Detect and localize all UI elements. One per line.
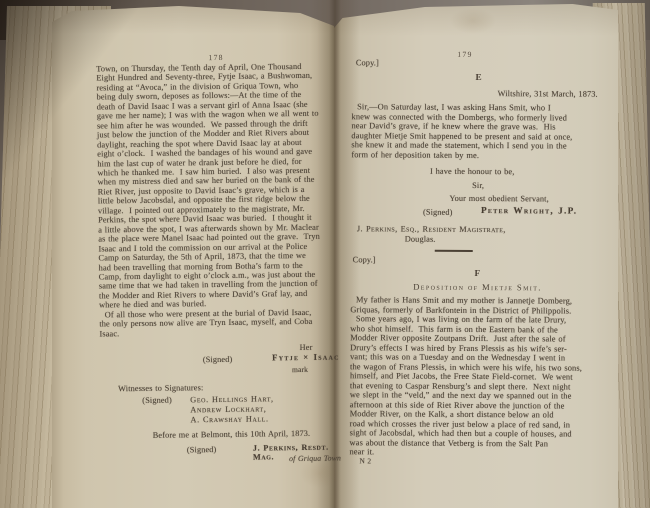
addressee-line2: Douglas. bbox=[405, 235, 436, 245]
deposition-body: My father is Hans Smit and my mother is … bbox=[349, 295, 600, 458]
section-letter-e: E bbox=[350, 71, 608, 83]
attestation-line: Before me at Belmont, this 10th April, 1… bbox=[153, 429, 311, 440]
closing-honour: I have the honour to be, bbox=[343, 166, 601, 177]
attestation-signed-label: (Signed) bbox=[187, 445, 217, 455]
section-letter-f: F bbox=[349, 267, 607, 279]
left-page-body: Town, on Thursday, the Tenth day of Apri… bbox=[96, 62, 339, 339]
witnesses-heading: Witnesses to Signatures: bbox=[118, 383, 203, 393]
right-page-text: 179 Copy.] E Wiltshire, 31st March, 1873… bbox=[347, 45, 608, 487]
copy-label-f: Copy.] bbox=[353, 255, 376, 265]
closing-name: Peter Wright, J.P. bbox=[481, 206, 577, 216]
letter-body: Sir,—On Saturday last, I was asking Hans… bbox=[351, 102, 599, 161]
deposition-heading: Deposition of Mietje Smit. bbox=[348, 281, 606, 293]
signature-mark-label: mark bbox=[292, 365, 308, 375]
signature-name: Fytje × Isaac bbox=[252, 353, 340, 364]
copy-label-e: Copy.] bbox=[356, 58, 379, 68]
signature-signed-label: (Signed) bbox=[203, 355, 233, 365]
catchword-signature-mark: N 2 bbox=[359, 456, 371, 466]
closing-servant: Your most obedient Servant, bbox=[349, 193, 607, 204]
book-photograph: 178 Town, on Thursday, the Tenth day of … bbox=[0, 0, 650, 508]
section-divider-rule bbox=[435, 250, 473, 252]
closing-signed-label: (Signed) bbox=[423, 208, 453, 218]
witnesses-signed-label: (Signed) bbox=[142, 396, 172, 406]
left-page-text: 178 Town, on Thursday, the Tenth day of … bbox=[96, 49, 341, 482]
addressee-line1: J. Perkins, Esq., Resident Magistrate, bbox=[357, 224, 506, 234]
witnesses-names: Geo. Hellings Hart, Andrew Lockhart, A. … bbox=[190, 394, 274, 426]
letter-dateline: Wiltshire, 31st March, 1873. bbox=[350, 88, 608, 99]
closing-sir: Sir, bbox=[349, 180, 607, 191]
attestation-place: of Griqua Town bbox=[101, 454, 341, 466]
